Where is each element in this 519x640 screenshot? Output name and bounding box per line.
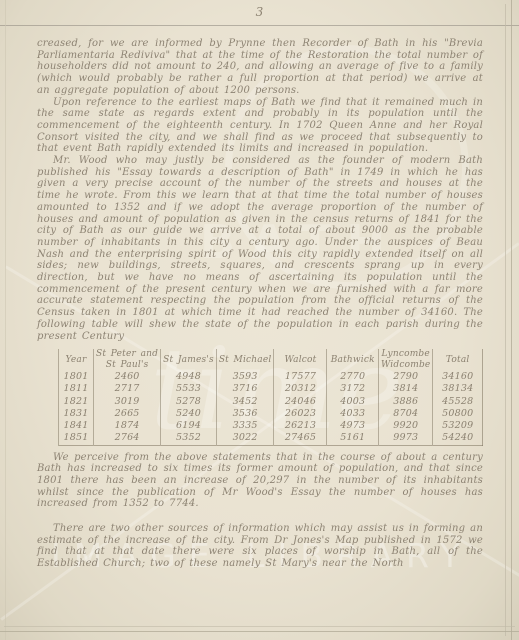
cell: 1811 — [59, 383, 94, 395]
cell: 45528 — [433, 396, 483, 408]
cell: 34160 — [433, 371, 483, 383]
page-edge-left — [5, 0, 6, 640]
cell: 1801 — [59, 371, 94, 383]
page-edge-right — [511, 0, 512, 640]
table-row: 1811271755333716203123172381438134 — [59, 383, 483, 395]
cell: 5533 — [161, 383, 217, 395]
cell: 4948 — [161, 371, 217, 383]
cell: 9973 — [379, 432, 433, 445]
cell: 3536 — [216, 408, 274, 420]
cell: 26213 — [274, 420, 327, 432]
cell: 5161 — [327, 432, 379, 445]
paragraph: Upon reference to the earliest maps of B… — [37, 97, 483, 156]
paragraph: creased, for we are informed by Prynne t… — [37, 38, 483, 97]
page-edge-right-inner — [505, 4, 506, 636]
manuscript-body: creased, for we are informed by Prynne t… — [37, 38, 483, 570]
cell: 3716 — [216, 383, 274, 395]
cell: 50800 — [433, 408, 483, 420]
cell: 9920 — [379, 420, 433, 432]
cell: 54240 — [433, 432, 483, 445]
cell: 3022 — [216, 432, 274, 445]
table-header-row: Year St Peter andSt Paul's St James's St… — [59, 349, 483, 371]
cell: 5352 — [161, 432, 217, 445]
table-row: 1801246049483593175772770279034160 — [59, 371, 483, 383]
paragraph: We perceive from the above statements th… — [37, 452, 483, 511]
cell: 3335 — [216, 420, 274, 432]
cell: 3593 — [216, 371, 274, 383]
table-row: 1841187461943335262134973992053209 — [59, 420, 483, 432]
cell: 2460 — [94, 371, 161, 383]
cell: 20312 — [274, 383, 327, 395]
paragraph: Mr. Wood who may justly be considered as… — [37, 155, 483, 342]
cell: 3452 — [216, 396, 274, 408]
column-header-lyncombe-widcombe: LyncombeWidcombe — [379, 349, 433, 371]
cell: 5240 — [161, 408, 217, 420]
cell: 1831 — [59, 408, 94, 420]
column-header-bathwick: Bathwick — [327, 349, 379, 371]
cell: 53209 — [433, 420, 483, 432]
page-number: 3 — [0, 5, 519, 19]
cell: 4003 — [327, 396, 379, 408]
column-header-st-james: St James's — [161, 349, 217, 371]
cell: 1841 — [59, 420, 94, 432]
cell: 3172 — [327, 383, 379, 395]
column-header-st-peter-st-paul: St Peter andSt Paul's — [94, 349, 161, 371]
page-edge-bottom — [0, 631, 519, 632]
cell: 17577 — [274, 371, 327, 383]
manuscript-page-scan: BATH time IMAGE LIBRARY 3 creased, for w… — [0, 0, 519, 640]
cell: 1874 — [94, 420, 161, 432]
cell: 4033 — [327, 408, 379, 420]
column-header-st-michael: St Michael — [216, 349, 274, 371]
cell: 6194 — [161, 420, 217, 432]
table-row: 1831266552403536260234033870450800 — [59, 408, 483, 420]
cell: 2764 — [94, 432, 161, 445]
cell: 1851 — [59, 432, 94, 445]
cell: 2790 — [379, 371, 433, 383]
top-rule — [0, 25, 519, 26]
cell: 38134 — [433, 383, 483, 395]
cell: 1821 — [59, 396, 94, 408]
paragraph: There are two other sources of informati… — [37, 523, 483, 570]
cell: 3814 — [379, 383, 433, 395]
table-row: 1851276453523022274655161997354240 — [59, 432, 483, 445]
cell: 26023 — [274, 408, 327, 420]
cell: 8704 — [379, 408, 433, 420]
cell: 3886 — [379, 396, 433, 408]
cell: 27465 — [274, 432, 327, 445]
cell: 2665 — [94, 408, 161, 420]
cell: 4973 — [327, 420, 379, 432]
column-header-total: Total — [433, 349, 483, 371]
cell: 24046 — [274, 396, 327, 408]
column-header-year: Year — [59, 349, 94, 371]
page-edge-bottom-inner — [4, 626, 515, 627]
cell: 2717 — [94, 383, 161, 395]
cell: 3019 — [94, 396, 161, 408]
column-header-walcot: Walcot — [274, 349, 327, 371]
population-table: Year St Peter andSt Paul's St James's St… — [58, 349, 483, 445]
cell: 2770 — [327, 371, 379, 383]
table-row: 1821301952783452240464003388645528 — [59, 396, 483, 408]
cell: 5278 — [161, 396, 217, 408]
